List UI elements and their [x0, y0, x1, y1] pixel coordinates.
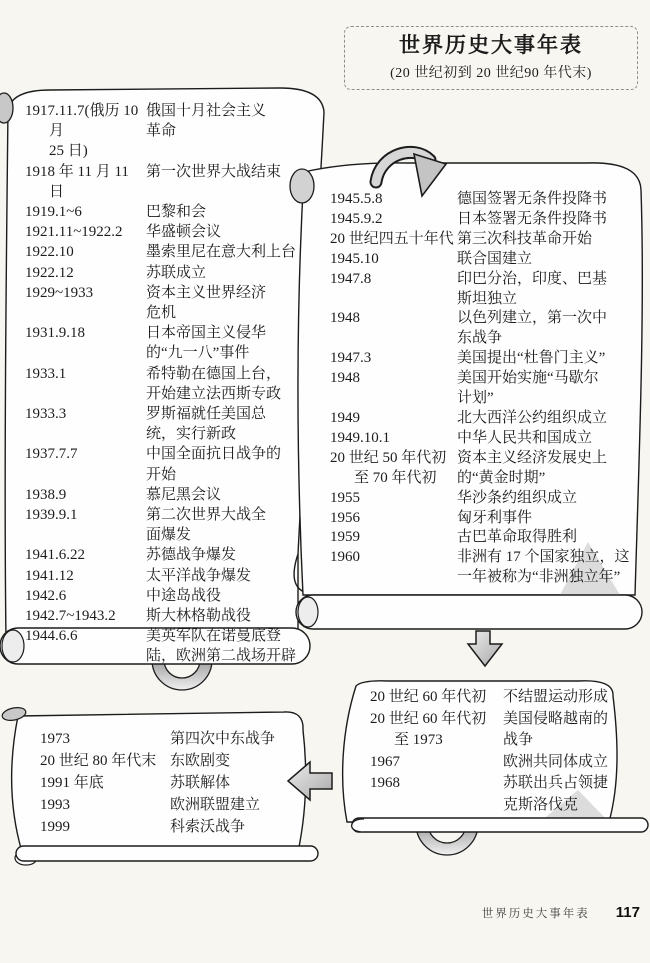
timeline-row: 1945.10 联合国建立	[330, 250, 644, 270]
roller-cap	[298, 597, 318, 627]
scroll-1945-1960: 1945.5.8 德国签署无条件投降书 1945.9.2 日本签署无条件投降书 …	[288, 140, 650, 670]
event-date: 1955	[330, 489, 457, 509]
event-date: 1919.1~6	[25, 202, 146, 222]
timeline-row: 1942.7~1943.2 斯大林格勒战役	[25, 606, 317, 626]
event-description: 以色列建立，第一次中 东战争	[457, 309, 642, 349]
event-date: 1942.7~1943.2	[25, 606, 146, 626]
timeline-row: 1948 美国开始实施“马歇尔 计划”	[330, 369, 644, 409]
event-description: 古巴革命取得胜利	[457, 528, 642, 548]
event-description: 美国侵略越南的 战争	[503, 709, 625, 752]
timeline-1960s-list: 20 世纪 60 年代初 不结盟运动形成 20 世纪 60 年代初 至 1973…	[370, 687, 630, 816]
event-description: 欧洲共同体成立	[503, 752, 625, 774]
timeline-row: 1931.9.18 日本帝国主义侵华 的“九一八”事件	[25, 323, 317, 363]
textbook-page: { "page": { "title": "世界历史大事年表", "subtit…	[0, 0, 650, 963]
scroll-1960s: 20 世纪 60 年代初 不结盟运动形成 20 世纪 60 年代初 至 1973…	[278, 672, 650, 890]
event-date: 1918 年 11 月 11 日	[25, 162, 146, 202]
timeline-row: 1948 以色列建立，第一次中 东战争	[330, 309, 644, 349]
event-date: 1949.10.1	[330, 429, 457, 449]
scroll-roller	[352, 818, 648, 832]
event-description: 不结盟运动形成	[503, 687, 625, 709]
timeline-row: 20 世纪四五十年代 第三次科技革命开始	[330, 230, 644, 250]
event-date: 1948	[330, 369, 457, 389]
event-date: 1947.8	[330, 270, 457, 290]
timeline-row: 1956 匈牙利事件	[330, 509, 644, 529]
event-date: 1922.10	[25, 242, 146, 262]
left-flow-arrow-icon	[288, 762, 332, 800]
timeline-1945-1960-list: 1945.5.8 德国签署无条件投降书 1945.9.2 日本签署无条件投降书 …	[330, 190, 644, 588]
event-description: 第三次科技革命开始	[457, 230, 642, 250]
event-date: 1973	[40, 728, 170, 750]
timeline-row: 1967 欧洲共同体成立	[370, 752, 630, 774]
event-date: 1991 年底	[40, 772, 170, 794]
timeline-row: 1918 年 11 月 11 日 第一次世界大战结束	[25, 162, 317, 202]
event-description: 美国提出“杜鲁门主义”	[457, 349, 642, 369]
timeline-row: 1933.3 罗斯福就任美国总 统，实行新政	[25, 404, 317, 444]
event-date: 1945.5.8	[330, 190, 457, 210]
event-description: 资本主义经济发展史上 的“黄金时期”	[457, 449, 642, 489]
page-title: 世界历史大事年表	[399, 34, 583, 57]
event-date: 20 世纪 60 年代初	[370, 687, 503, 709]
timeline-row: 1922.10 墨索里尼在意大利上台	[25, 242, 317, 262]
event-date: 1938.9	[25, 485, 146, 505]
event-date: 1937.7.7	[25, 444, 146, 464]
timeline-row: 1937.7.7 中国全面抗日战争的 开始	[25, 444, 317, 484]
timeline-row: 20 世纪 60 年代初 至 1973 美国侵略越南的 战争	[370, 709, 630, 752]
timeline-row: 1919.1~6 巴黎和会	[25, 202, 317, 222]
event-date: 1944.6.6	[25, 626, 146, 646]
scroll-1917-1944: 1917.11.7(俄历 10 月 25 日) 俄国十月社会主义 革命 1918…	[0, 84, 336, 706]
timeline-row: 1938.9 慕尼黑会议	[25, 485, 317, 505]
timeline-row: 1968 苏联出兵占领捷 克斯洛伐克	[370, 773, 630, 816]
timeline-row: 1959 古巴革命取得胜利	[330, 528, 644, 548]
timeline-row: 1933.1 希特勒在德国上台， 开始建立法西斯专政	[25, 364, 317, 404]
event-date: 1941.6.22	[25, 545, 146, 565]
timeline-row: 1947.3 美国提出“杜鲁门主义”	[330, 349, 644, 369]
roller-cap	[2, 630, 24, 662]
page-number: 117	[616, 904, 640, 921]
event-description: 匈牙利事件	[457, 509, 642, 529]
timeline-row: 1945.9.2 日本签署无条件投降书	[330, 210, 644, 230]
timeline-row: 1945.5.8 德国签署无条件投降书	[330, 190, 644, 210]
event-description: 非洲有 17 个国家独立，这 一年被称为“非洲独立年”	[457, 548, 642, 588]
page-subtitle: (20 世纪初到 20 世纪90 年代末)	[390, 62, 592, 82]
scroll-roller	[16, 846, 318, 861]
event-date: 1999	[40, 816, 170, 838]
event-date: 1945.10	[330, 250, 457, 270]
event-description: 日本签署无条件投降书	[457, 210, 642, 230]
event-date: 1933.3	[25, 404, 146, 424]
event-date: 20 世纪 80 年代末	[40, 750, 170, 772]
event-date: 1956	[330, 509, 457, 529]
scroll-roll-end	[290, 169, 314, 203]
event-date: 1941.12	[25, 566, 146, 586]
event-description: 德国签署无条件投降书	[457, 190, 642, 210]
title-box: 世界历史大事年表 (20 世纪初到 20 世纪90 年代末)	[344, 26, 638, 90]
timeline-row: 1960 非洲有 17 个国家独立，这 一年被称为“非洲独立年”	[330, 548, 644, 588]
timeline-row: 1955 华沙条约组织成立	[330, 489, 644, 509]
timeline-row: 1942.6 中途岛战役	[25, 586, 317, 606]
event-date: 1948	[330, 309, 457, 329]
event-description: 俄国十月社会主义 革命	[146, 101, 314, 141]
event-description: 联合国建立	[457, 250, 642, 270]
timeline-row: 1949 北大西洋公约组织成立	[330, 409, 644, 429]
timeline-row: 1939.9.1 第二次世界大战全 面爆发	[25, 505, 317, 545]
event-description: 印巴分治，印度、巴基 斯坦独立	[457, 270, 642, 310]
event-date: 1993	[40, 794, 170, 816]
event-date: 1933.1	[25, 364, 146, 384]
event-date: 20 世纪 60 年代初 至 1973	[370, 709, 503, 752]
event-date: 1942.6	[25, 586, 146, 606]
running-head: 世界历史大事年表	[482, 905, 590, 921]
event-date: 20 世纪四五十年代	[330, 230, 457, 250]
event-date: 20 世纪 50 年代初 至 70 年代初	[330, 449, 457, 489]
timeline-row: 1917.11.7(俄历 10 月 25 日) 俄国十月社会主义 革命	[25, 101, 317, 162]
timeline-row: 1941.6.22 苏德战争爆发	[25, 545, 317, 565]
timeline-row: 1949.10.1 中华人民共和国成立	[330, 429, 644, 449]
down-flow-arrow-icon	[468, 631, 502, 666]
page-footer: 世界历史大事年表 117	[470, 904, 640, 921]
event-date: 1967	[370, 752, 503, 774]
event-date: 1947.3	[330, 349, 457, 369]
event-description: 北大西洋公约组织成立	[457, 409, 642, 429]
event-description: 苏联出兵占领捷 克斯洛伐克	[503, 773, 625, 816]
event-date: 1931.9.18	[25, 323, 146, 343]
event-date: 1945.9.2	[330, 210, 457, 230]
event-date: 1917.11.7(俄历 10 月 25 日)	[25, 101, 146, 162]
event-description: 华沙条约组织成立	[457, 489, 642, 509]
timeline-row: 1944.6.6 美英军队在诺曼底登 陆，欧洲第二战场开辟	[25, 626, 317, 666]
timeline-1917-1944-list: 1917.11.7(俄历 10 月 25 日) 俄国十月社会主义 革命 1918…	[25, 101, 317, 667]
scroll-roller	[296, 595, 642, 629]
event-date: 1949	[330, 409, 457, 429]
event-date: 1959	[330, 528, 457, 548]
timeline-row: 1947.8 印巴分治，印度、巴基 斯坦独立	[330, 270, 644, 310]
event-date: 1929~1933	[25, 283, 146, 303]
scroll-roll-end	[0, 93, 13, 123]
event-date: 1939.9.1	[25, 505, 146, 525]
event-date: 1968	[370, 773, 503, 795]
timeline-row: 1929~1933 资本主义世界经济 危机	[25, 283, 317, 323]
timeline-row: 1922.12 苏联成立	[25, 263, 317, 283]
timeline-row: 20 世纪 50 年代初 至 70 年代初 资本主义经济发展史上 的“黄金时期”	[330, 449, 644, 489]
event-date: 1922.12	[25, 263, 146, 283]
event-date: 1921.11~1922.2	[25, 222, 146, 242]
event-date: 1960	[330, 548, 457, 568]
timeline-row: 20 世纪 60 年代初 不结盟运动形成	[370, 687, 630, 709]
event-description: 美国开始实施“马歇尔 计划”	[457, 369, 642, 409]
event-description: 中华人民共和国成立	[457, 429, 642, 449]
timeline-row: 1921.11~1922.2 华盛顿会议	[25, 222, 317, 242]
timeline-row: 1941.12 太平洋战争爆发	[25, 566, 317, 586]
